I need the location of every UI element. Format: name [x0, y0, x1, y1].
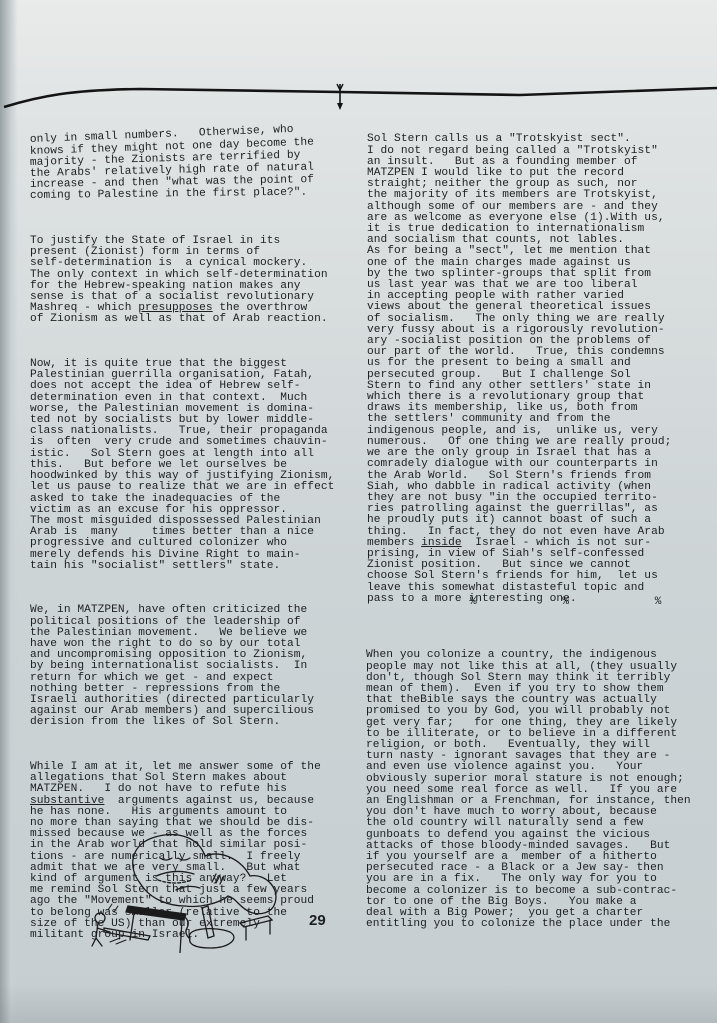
text-line: progressive and cultured colonizer who [30, 538, 330, 549]
text-line: tain his "socialist" settlers" state. [30, 561, 330, 572]
text-line: of Zionism as well as that of Arab react… [30, 314, 330, 325]
text-line: the old country will naturally send a fe… [366, 818, 711, 829]
paragraph-1: only in small numbers. Otherwise, whokno… [30, 135, 330, 202]
text-line: let us pause to realize that we are in e… [30, 482, 330, 493]
text-line: and even use violence against you. Your [366, 762, 711, 773]
text-line: is often very crude and sometimes chauvi… [30, 437, 330, 448]
text-line: coming to Palestine in the first place?"… [30, 188, 330, 203]
paragraph-trotskyist-sect: Sol Stern calls us a "Trotskyist sect".I… [367, 134, 707, 605]
text-line: When you colonize a country, the indigen… [366, 650, 711, 661]
text-line: choose Sol Stern's friends for him, let … [367, 571, 707, 582]
text-line: promised to you by God, you will probabl… [366, 706, 711, 717]
right-column-section-2: When you colonize a country, the indigen… [366, 628, 711, 953]
text-line: derision from the likes of Sol Stern. [30, 717, 330, 728]
page-number: 29 [309, 912, 326, 929]
paragraph-3: Now, it is quite true that the biggestPa… [30, 359, 330, 572]
text-line: comradely dialogue with our counterparts… [367, 459, 707, 470]
paragraph-colonize: When you colonize a country, the indigen… [366, 650, 711, 930]
paragraph-4: We, in MATZPEN, have often criticized th… [30, 605, 330, 728]
text-line: you are in a fix. The only way for you t… [366, 874, 711, 885]
page-edge-shadow [0, 0, 18, 1023]
text-line: self-determination is a cynical mockery. [30, 258, 330, 269]
text-line: As for being a "sect", let me mention th… [367, 246, 707, 257]
text-line: does not accept the idea of Hebrew self- [30, 381, 330, 392]
text-line: the majority of its members are Trotskyi… [367, 190, 707, 201]
text-line: us for the present to being a small and [367, 358, 707, 369]
text-line: by being internationalist socialists. In [30, 661, 330, 672]
arrow-down-icon [337, 84, 343, 110]
text-line: the settlers' community and from the [367, 414, 707, 425]
right-column: Sol Stern calls us a "Trotskyist sect".I… [367, 112, 707, 627]
text-line: entitling you to colonize the place unde… [366, 919, 711, 930]
text-line: Sol Stern calls us a "Trotskyist sect". [367, 134, 707, 145]
section-separator: % % % [470, 596, 661, 608]
paragraph-2: To justify the State of Israel in itspre… [30, 236, 330, 326]
text-line: he proudly puts it) cannot boast of such… [367, 515, 707, 526]
page-bottom-shadow [0, 983, 717, 1023]
text-line: views about the general theoretical issu… [367, 302, 707, 313]
cartoon-illustration [90, 828, 300, 953]
text-line: We, in MATZPEN, have often criticized th… [30, 605, 330, 616]
